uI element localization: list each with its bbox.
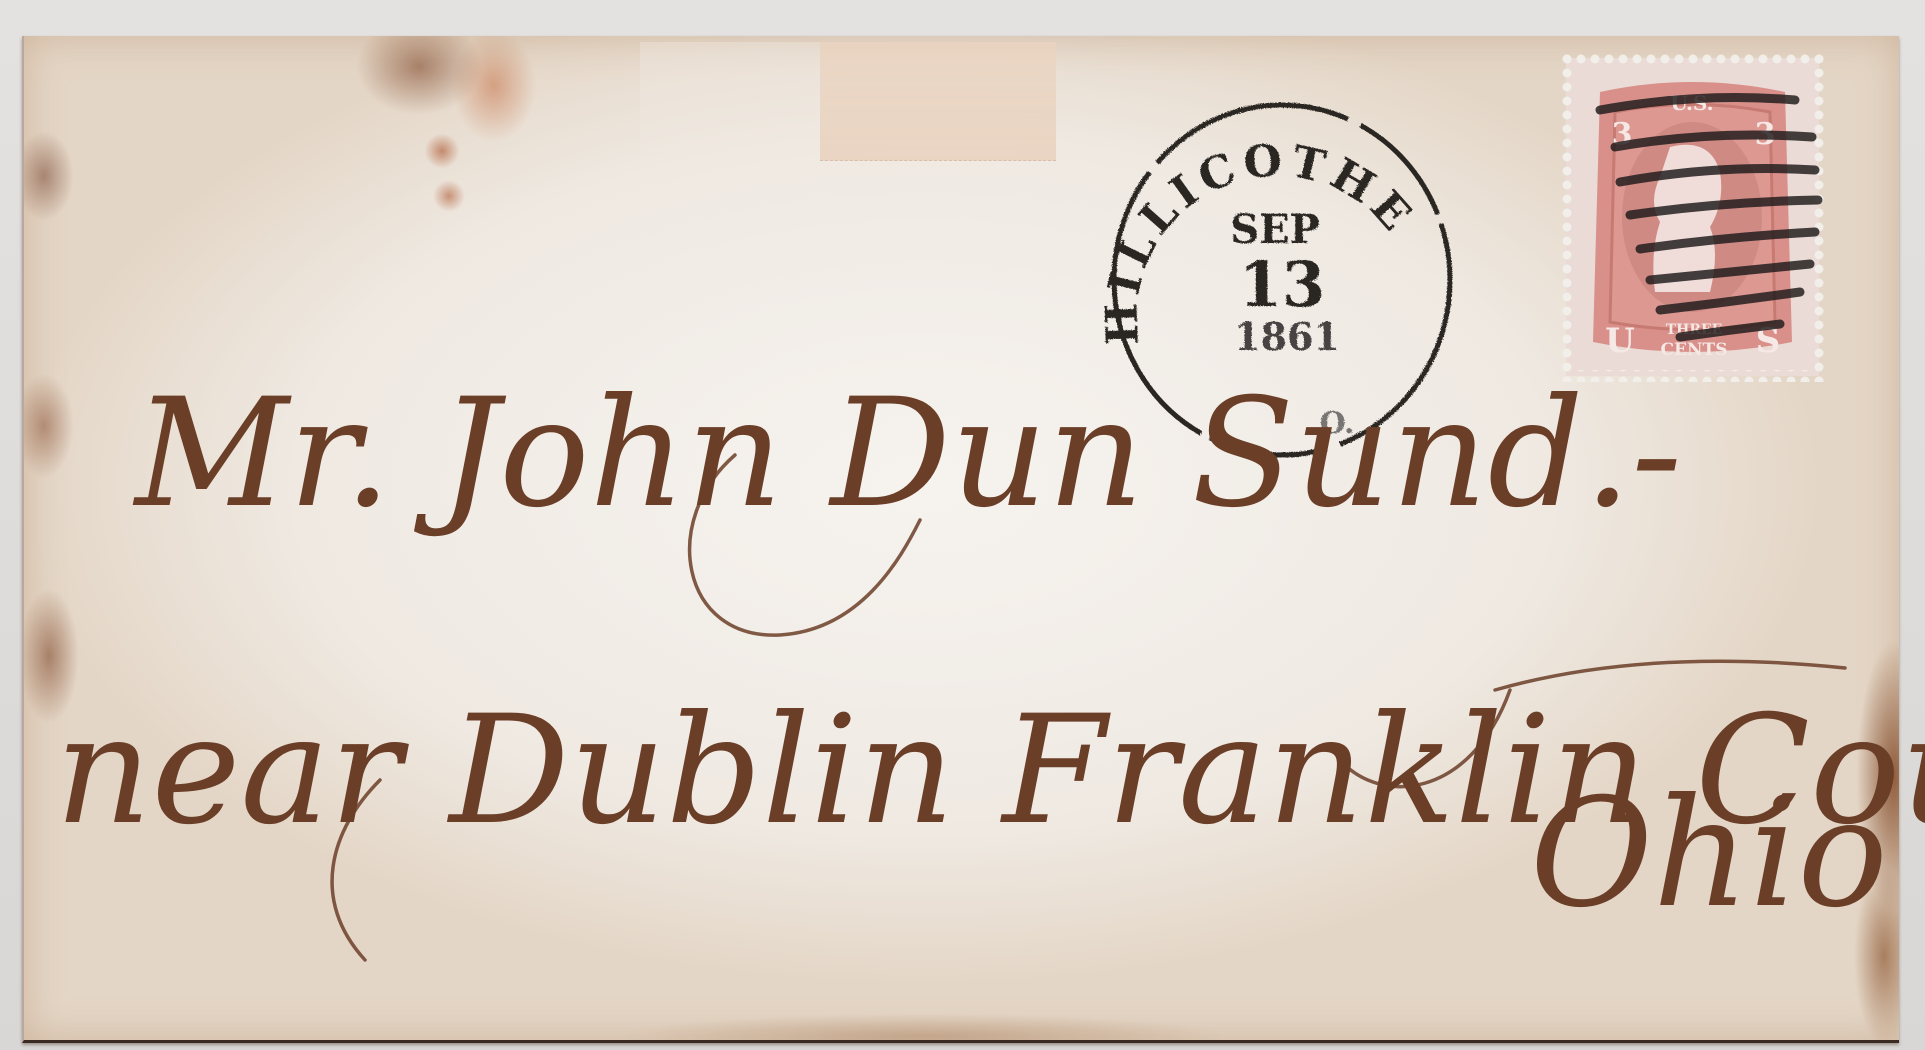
- tape-stain: [640, 42, 820, 152]
- postage-stamp: U.S. 3 3 U S THREE CENTS: [1560, 52, 1825, 382]
- postmark-year: 1861: [1234, 314, 1340, 359]
- stamp-letter-u: U: [1605, 321, 1635, 361]
- tape-remnant: [820, 42, 1056, 161]
- stamp-value-unit: CENTS: [1661, 340, 1728, 360]
- postmark-day: 13: [1239, 248, 1325, 321]
- postmark-state: O.: [1320, 406, 1355, 441]
- postmark-month: SEP: [1230, 206, 1319, 253]
- postmark: HILLICOTHE SEP 13 1861 O.: [1097, 88, 1467, 468]
